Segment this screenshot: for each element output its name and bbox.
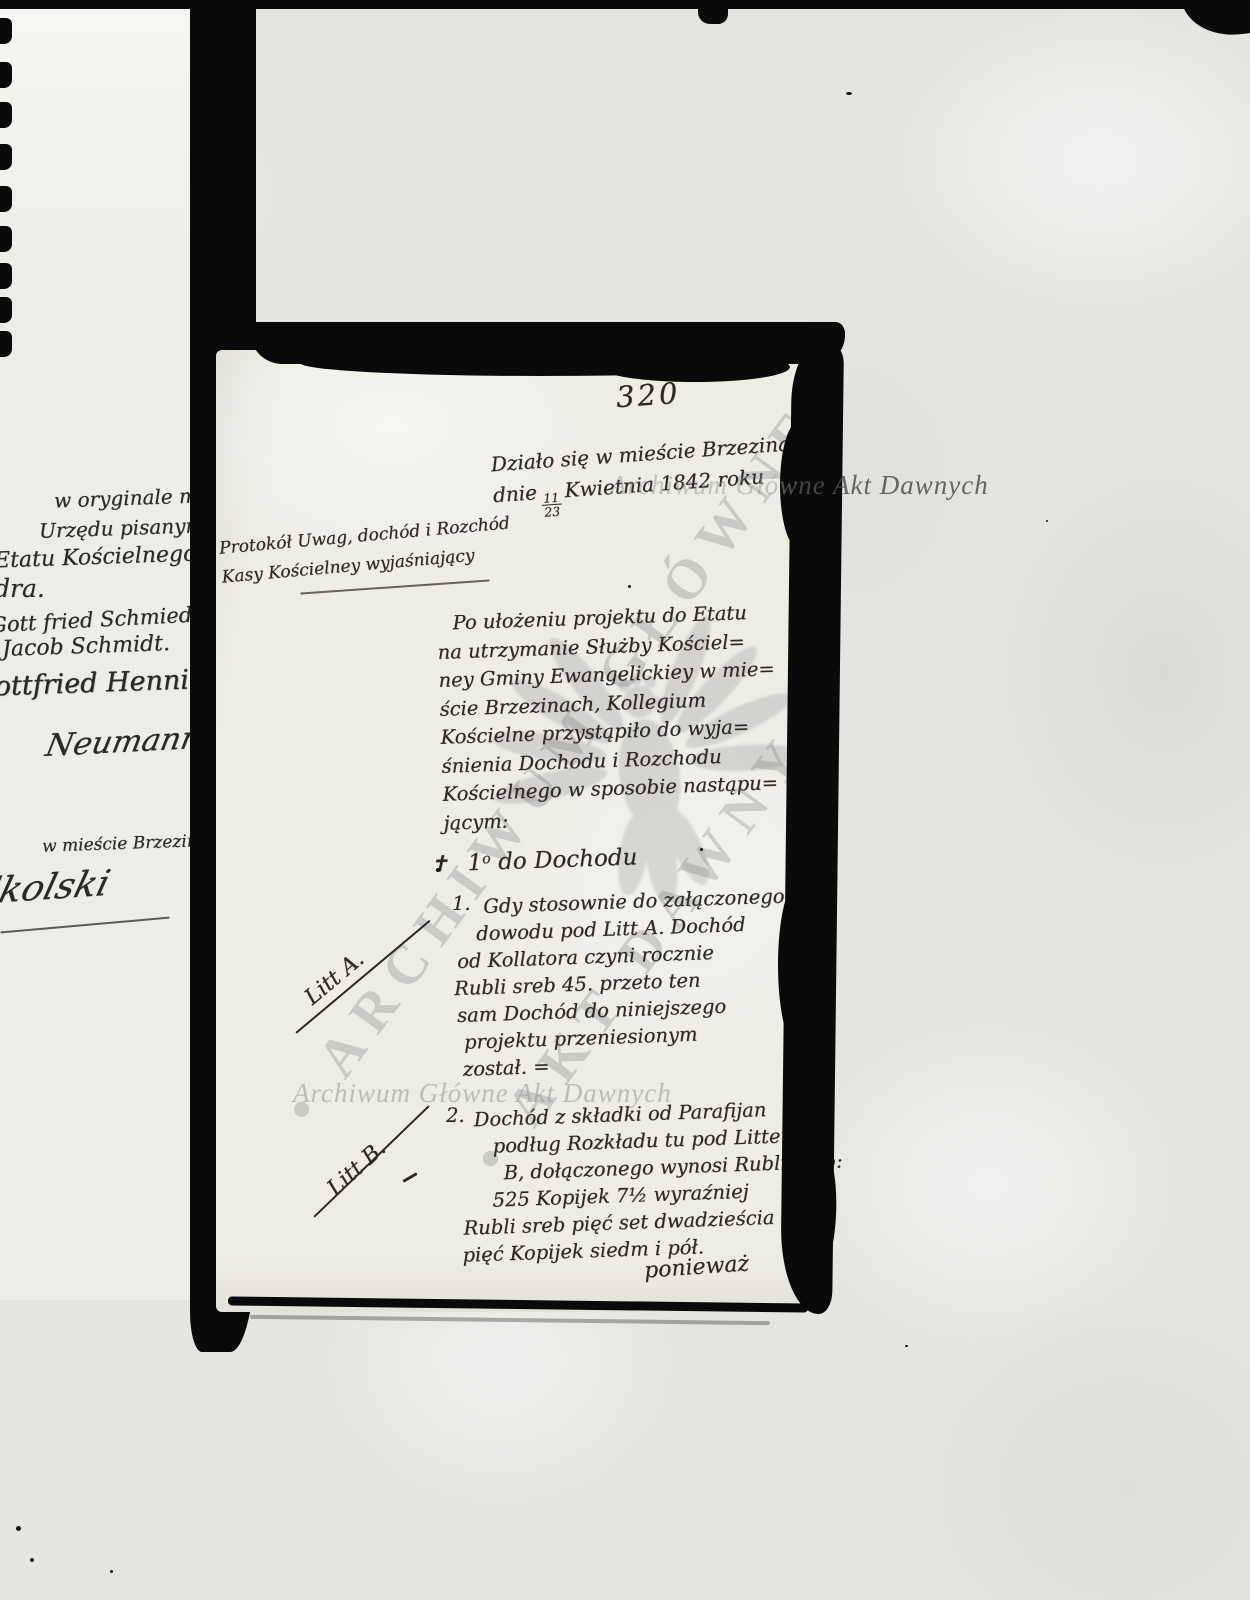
litt-b-dash bbox=[402, 1172, 417, 1183]
section-heading: ✝ 1o do Dochodu bbox=[430, 844, 638, 877]
heading-number: 1 bbox=[467, 850, 483, 876]
left-page-fragment-line: w oryginale m bbox=[54, 483, 194, 512]
dust-speck bbox=[1046, 520, 1048, 522]
item1-number: 1. bbox=[452, 892, 471, 915]
left-page-fragment-line: dra. bbox=[0, 574, 45, 603]
film-edge-mark bbox=[0, 263, 12, 289]
film-edge-mark bbox=[0, 331, 12, 357]
signature: Jacob Schmidt. bbox=[2, 631, 171, 662]
dust-speck bbox=[436, 868, 440, 872]
archival-scan: w oryginale m Urzędu pisanym Etatu Kości… bbox=[0, 0, 1250, 1600]
film-edge-mark bbox=[0, 18, 12, 44]
dust-speck bbox=[905, 1345, 908, 1347]
left-page-fragment-line: w mieście Brzezin bbox=[42, 831, 194, 856]
date-fraction-denominator: 23 bbox=[542, 505, 563, 519]
signature: ulkolski bbox=[0, 863, 114, 914]
left-page-fragment-line: Urzędu pisanym bbox=[38, 513, 194, 543]
film-top-notch bbox=[698, 0, 728, 24]
heading-cross-mark: ✝ bbox=[430, 852, 449, 878]
film-top-strip bbox=[0, 0, 1250, 9]
dust-speck bbox=[16, 1526, 21, 1531]
archive-watermark-part1: Archiwum Głów bbox=[610, 470, 798, 500]
dust-speck bbox=[110, 1570, 113, 1573]
film-edge-mark bbox=[0, 186, 12, 212]
intro-paragraph: Po ułożeniu projektu do Etatu na utrzyma… bbox=[436, 598, 780, 838]
film-edge-mark bbox=[0, 102, 12, 128]
heading-text: 1o do Dochodu bbox=[467, 844, 638, 876]
dust-speck bbox=[30, 1558, 34, 1562]
left-page: w oryginale m Urzędu pisanym Etatu Kości… bbox=[0, 8, 194, 1300]
date-fraction: 1123 bbox=[541, 491, 563, 519]
signature-flourish bbox=[0, 917, 170, 934]
left-page-fragment-line: Etatu Kościelnego bbox=[0, 541, 194, 573]
margin-litt-b: Litt B. bbox=[323, 1136, 391, 1201]
signature: Neumann bbox=[42, 720, 194, 764]
film-edge-mark bbox=[0, 226, 12, 252]
item1-paragraph: Gdy stosownie do załączonego dowodu pod … bbox=[469, 883, 791, 1083]
film-edge-mark bbox=[0, 62, 12, 88]
film-edge-mark bbox=[0, 144, 12, 170]
litt-b-slash bbox=[313, 1105, 429, 1218]
film-edge-mark bbox=[0, 297, 12, 323]
dust-speck bbox=[700, 848, 703, 851]
dust-speck bbox=[628, 585, 631, 588]
signature: Gottfried Hennig bbox=[0, 664, 194, 703]
page-top-border bbox=[600, 352, 790, 382]
archive-watermark-part2: ne Akt Dawnych bbox=[798, 470, 988, 500]
heading-ordinal: o bbox=[482, 851, 491, 867]
dust-speck bbox=[846, 92, 852, 95]
heading-rest: do Dochodu bbox=[498, 844, 638, 875]
dateline-prefix: dnie bbox=[492, 480, 537, 507]
archive-watermark-strip1: Archiwum Główne Akt Dawnych bbox=[610, 470, 989, 501]
archive-watermark-strip2: Archiwum Główne Akt Dawnych bbox=[293, 1078, 672, 1109]
page-right-border bbox=[778, 880, 820, 1050]
